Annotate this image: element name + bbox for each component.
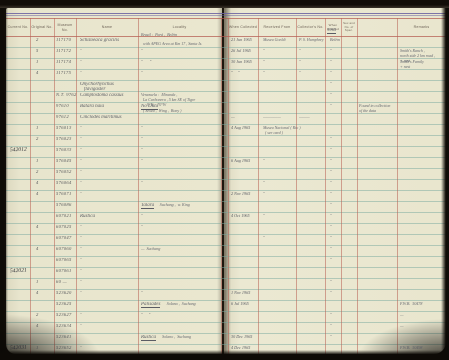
column-rule <box>221 18 222 354</box>
photo-bottom-edge <box>0 350 449 360</box>
purple-rule <box>6 13 446 14</box>
entered-mark: ″ <box>330 49 332 53</box>
date-collected: 26 Jul 1965 <box>231 49 251 53</box>
species-name: ″ <box>80 313 82 318</box>
date-collected: 4 Dec 1965 <box>231 346 250 350</box>
locality-entry: ″ <box>141 291 143 295</box>
column-header-remarks: Remarks <box>397 20 446 35</box>
purple-rule <box>6 15 446 16</box>
column-header-name: Name <box>76 20 138 35</box>
species-name: ″ <box>80 291 82 296</box>
entered-mark: ″ <box>330 170 332 174</box>
received-from: ″ <box>263 192 265 196</box>
received-from: ″ <box>263 214 265 218</box>
museum-number: 576086 <box>56 203 72 208</box>
entered-mark: ″ <box>330 335 332 339</box>
note-entry: of the data <box>359 109 376 113</box>
museum-number: 117175 <box>56 71 71 76</box>
locality-entry: ″ <box>141 49 143 53</box>
red-rule-header-bottom <box>6 36 446 37</box>
entered-mark: ″ <box>330 148 332 152</box>
locality-entry: ″ <box>141 225 143 229</box>
original-number: 4 <box>36 291 39 296</box>
photo-top-edge <box>0 0 449 8</box>
species-name: flavigaster <box>84 87 105 92</box>
locality-entry: ″ ″ <box>141 60 151 64</box>
received-from: ″ <box>263 60 265 64</box>
original-number: 4 <box>36 192 39 197</box>
museum-number: 523627 <box>56 313 72 318</box>
entered-mark: ″ <box>330 247 332 251</box>
ledger-photo: Current No. Original No. Museum No. Name… <box>0 0 449 360</box>
original-number: 4 <box>36 225 39 230</box>
date-collected: 30 Dec 1965 <box>231 335 252 339</box>
locality-entry: — Suchang <box>141 247 160 251</box>
date-collected: ″ ″ <box>231 71 240 75</box>
received-from: ″ <box>263 71 265 75</box>
column-header-current-no: Current No. <box>6 20 30 35</box>
species-name: ″ <box>80 60 82 65</box>
species-name: ″ <box>80 225 82 230</box>
year-note: 1965 <box>327 28 336 34</box>
species-name: ″ <box>80 181 82 186</box>
museum-number: 607060 <box>56 247 72 252</box>
date-collected: 30 Jun 1965 <box>231 60 252 64</box>
received-from: ( see card ) <box>265 131 283 135</box>
locality-entry: ″ <box>141 214 143 218</box>
column-rule <box>76 18 77 354</box>
column-header-when-collected: When Collected <box>228 20 258 35</box>
locality-underlined: Palisades <box>141 302 160 308</box>
museum-number: 117172 <box>56 49 71 54</box>
species-name: Schizoeaca gracilis <box>80 38 119 43</box>
collector-name: ——— <box>299 115 310 119</box>
margin-catalog-number: 542031 <box>10 346 27 352</box>
museum-number: N.T. 9762 <box>56 93 77 98</box>
entered-mark: ″ <box>330 291 332 295</box>
red-rule-header-top <box>6 18 446 19</box>
original-number: 1 <box>36 346 39 351</box>
original-number: 2 <box>36 137 39 142</box>
remark-entry: — <box>400 313 404 317</box>
locality-entry: ″ ″ <box>141 313 150 317</box>
date-collected: 21 Jun 1965 <box>231 38 252 42</box>
species-name: ″ <box>80 49 82 54</box>
species-name: Batara naia <box>80 104 104 109</box>
species-name: ″ <box>80 148 82 153</box>
original-number: 2 <box>36 313 39 318</box>
museum-number: 60 — <box>56 280 67 285</box>
museum-number: 576052 <box>56 170 72 175</box>
column-rule <box>138 18 139 354</box>
date-collected: — <box>231 115 235 119</box>
collector-name: ″ <box>299 60 301 64</box>
locality-entry: ( Sexed , Wing , Bony ) <box>143 109 181 113</box>
column-rule <box>397 18 398 354</box>
column-rule <box>54 18 55 354</box>
remark-entry: F.W.B. 50478 <box>400 302 422 306</box>
museum-number: 97612 <box>56 115 69 120</box>
species-name: ″ <box>80 324 82 329</box>
entered-mark: ″ <box>330 82 332 86</box>
original-number: 4 <box>36 71 39 76</box>
original-number: 1 <box>36 126 39 131</box>
date-collected: 1 Nov 1965 <box>231 291 250 295</box>
column-rule <box>296 18 297 354</box>
museum-number: 523620 <box>56 291 72 296</box>
species-name: ″ <box>80 137 82 142</box>
locality-entry: with APEG Area at Km 17 , Santa Is. <box>143 42 202 46</box>
entered-mark: ″ <box>330 192 332 196</box>
museum-number: 523625 <box>56 302 72 307</box>
museum-number: 117170 <box>56 38 71 43</box>
entered-mark: ″ <box>330 280 332 284</box>
museum-number: 576013 <box>56 126 72 131</box>
species-name: ″ <box>80 258 82 263</box>
museum-number: 97610 <box>56 104 69 109</box>
entered-mark: ″ <box>330 313 332 317</box>
species-name: ″ <box>80 236 82 241</box>
original-number: 4 <box>36 247 39 252</box>
column-header-collectors-no: Collector's No. <box>296 20 325 35</box>
entered-mark: ″ <box>330 236 332 240</box>
entered-mark: ″ <box>330 203 332 207</box>
received-from: ″ <box>263 236 265 240</box>
original-number: 2 <box>36 170 39 175</box>
entered-mark: ″ <box>330 225 332 229</box>
received-from: ″ <box>263 159 265 163</box>
species-name: ″ <box>80 71 82 76</box>
museum-number: 523652 <box>56 346 72 351</box>
locality-entry: ″ <box>141 137 143 141</box>
received-from: ″ <box>263 181 265 185</box>
museum-number: 523641 <box>56 335 72 340</box>
column-rule <box>341 18 342 354</box>
entered-mark: ″ <box>330 159 332 163</box>
museum-number: 607061 <box>56 269 72 274</box>
locality-entry: ″ <box>141 148 143 152</box>
entered-mark: ″ <box>330 324 332 328</box>
locality-entry: ″ <box>141 181 143 185</box>
museum-number: 607025 <box>56 225 72 230</box>
entered-mark: ″ <box>330 104 332 108</box>
date-collected: 6 Jul 1965 <box>231 302 249 306</box>
entered-mark: ″ <box>330 137 332 141</box>
margin-catalog-number: 542012 <box>10 148 27 154</box>
original-number: 5 <box>36 49 39 54</box>
column-rule <box>228 18 229 354</box>
column-rule <box>357 18 358 354</box>
species-name: ″ <box>80 126 82 131</box>
date-collected: 4 Oct 1965 <box>231 214 250 218</box>
museum-number: 576045 <box>56 159 72 164</box>
museum-number: 576071 <box>56 192 72 197</box>
date-collected: 4 Aug 1965 <box>231 126 250 130</box>
species-name: ″ <box>80 269 82 274</box>
entered-mark: ″ <box>330 60 332 64</box>
column-header-sex-no-spec: Sex and No. of Spec. <box>341 20 357 35</box>
date-collected: 6 Aug 1965 <box>231 159 250 163</box>
locality-entry: Solano , Suchang <box>165 302 196 306</box>
original-number: 1 <box>36 60 39 65</box>
locality-entry: ″ <box>141 159 143 163</box>
collector-name: ″ <box>299 71 301 75</box>
received-from: Museu Goeldi <box>263 38 286 42</box>
entered-mark: ″ <box>330 214 332 218</box>
species-name: ″ <box>80 280 82 285</box>
entered-mark: Belém <box>330 38 340 42</box>
entered-mark: ″ <box>330 71 332 75</box>
remark-entry: F.W.B. 50498 <box>400 346 422 350</box>
museum-number: 607065 <box>56 258 72 263</box>
remark-entry: + nest <box>400 65 410 69</box>
column-rule <box>325 18 326 354</box>
column-header-original-no: Original No. <box>30 20 54 35</box>
original-number: 1 <box>36 159 39 164</box>
collector-name: ″ <box>299 49 301 53</box>
museum-number: 576023 <box>56 137 72 142</box>
column-header-museum-no: Museum No. <box>54 20 76 35</box>
locality-entry: ″ <box>141 71 143 75</box>
column-header-received-from: Received From <box>258 20 296 35</box>
museum-number: 607047 <box>56 236 72 241</box>
column-rule <box>258 18 259 354</box>
entered-mark: ″ <box>330 93 332 97</box>
original-number: 4 <box>36 181 39 186</box>
species-name: ″ <box>80 247 82 252</box>
entered-mark: ″ <box>330 181 332 185</box>
original-number: 4 <box>36 324 39 329</box>
museum-number: 117174 <box>56 60 71 65</box>
species-name: Cinclodes maritimus <box>80 115 122 120</box>
column-rule <box>30 18 31 354</box>
museum-number: 576033 <box>56 148 72 153</box>
species-name: ″ <box>80 170 82 175</box>
original-number: 2 <box>36 38 39 43</box>
locality-entry: Solano , Suchang <box>160 335 191 339</box>
received-from: ————— <box>263 115 281 119</box>
collector-name: P. S. Humphrey <box>299 38 324 42</box>
remark-entry: — <box>400 324 404 328</box>
species-name: Rustica <box>80 214 95 219</box>
species-name: Camptostoma cassius <box>80 93 123 98</box>
locality-entry: Brazil : Pará , Belém <box>141 33 177 37</box>
locality-underlined: Talara <box>141 203 154 209</box>
museum-number: 523634 <box>56 324 72 329</box>
locality-underlined: Rustica <box>141 335 156 341</box>
date-collected: 2 Nov 1965 <box>231 192 250 196</box>
locality-entry: Suchang , w. King <box>158 203 190 207</box>
species-name: ″ <box>80 159 82 164</box>
entered-mark: ″ <box>330 258 332 262</box>
species-name: ″ <box>80 346 82 351</box>
species-name: ″ <box>80 192 82 197</box>
locality-entry: ″ <box>141 126 143 130</box>
received-from: ″ <box>263 49 265 53</box>
museum-number: 607021 <box>56 214 72 219</box>
original-number: 1 <box>36 280 39 285</box>
margin-catalog-number: 542021 <box>10 269 27 275</box>
museum-number: 576064 <box>56 181 72 186</box>
